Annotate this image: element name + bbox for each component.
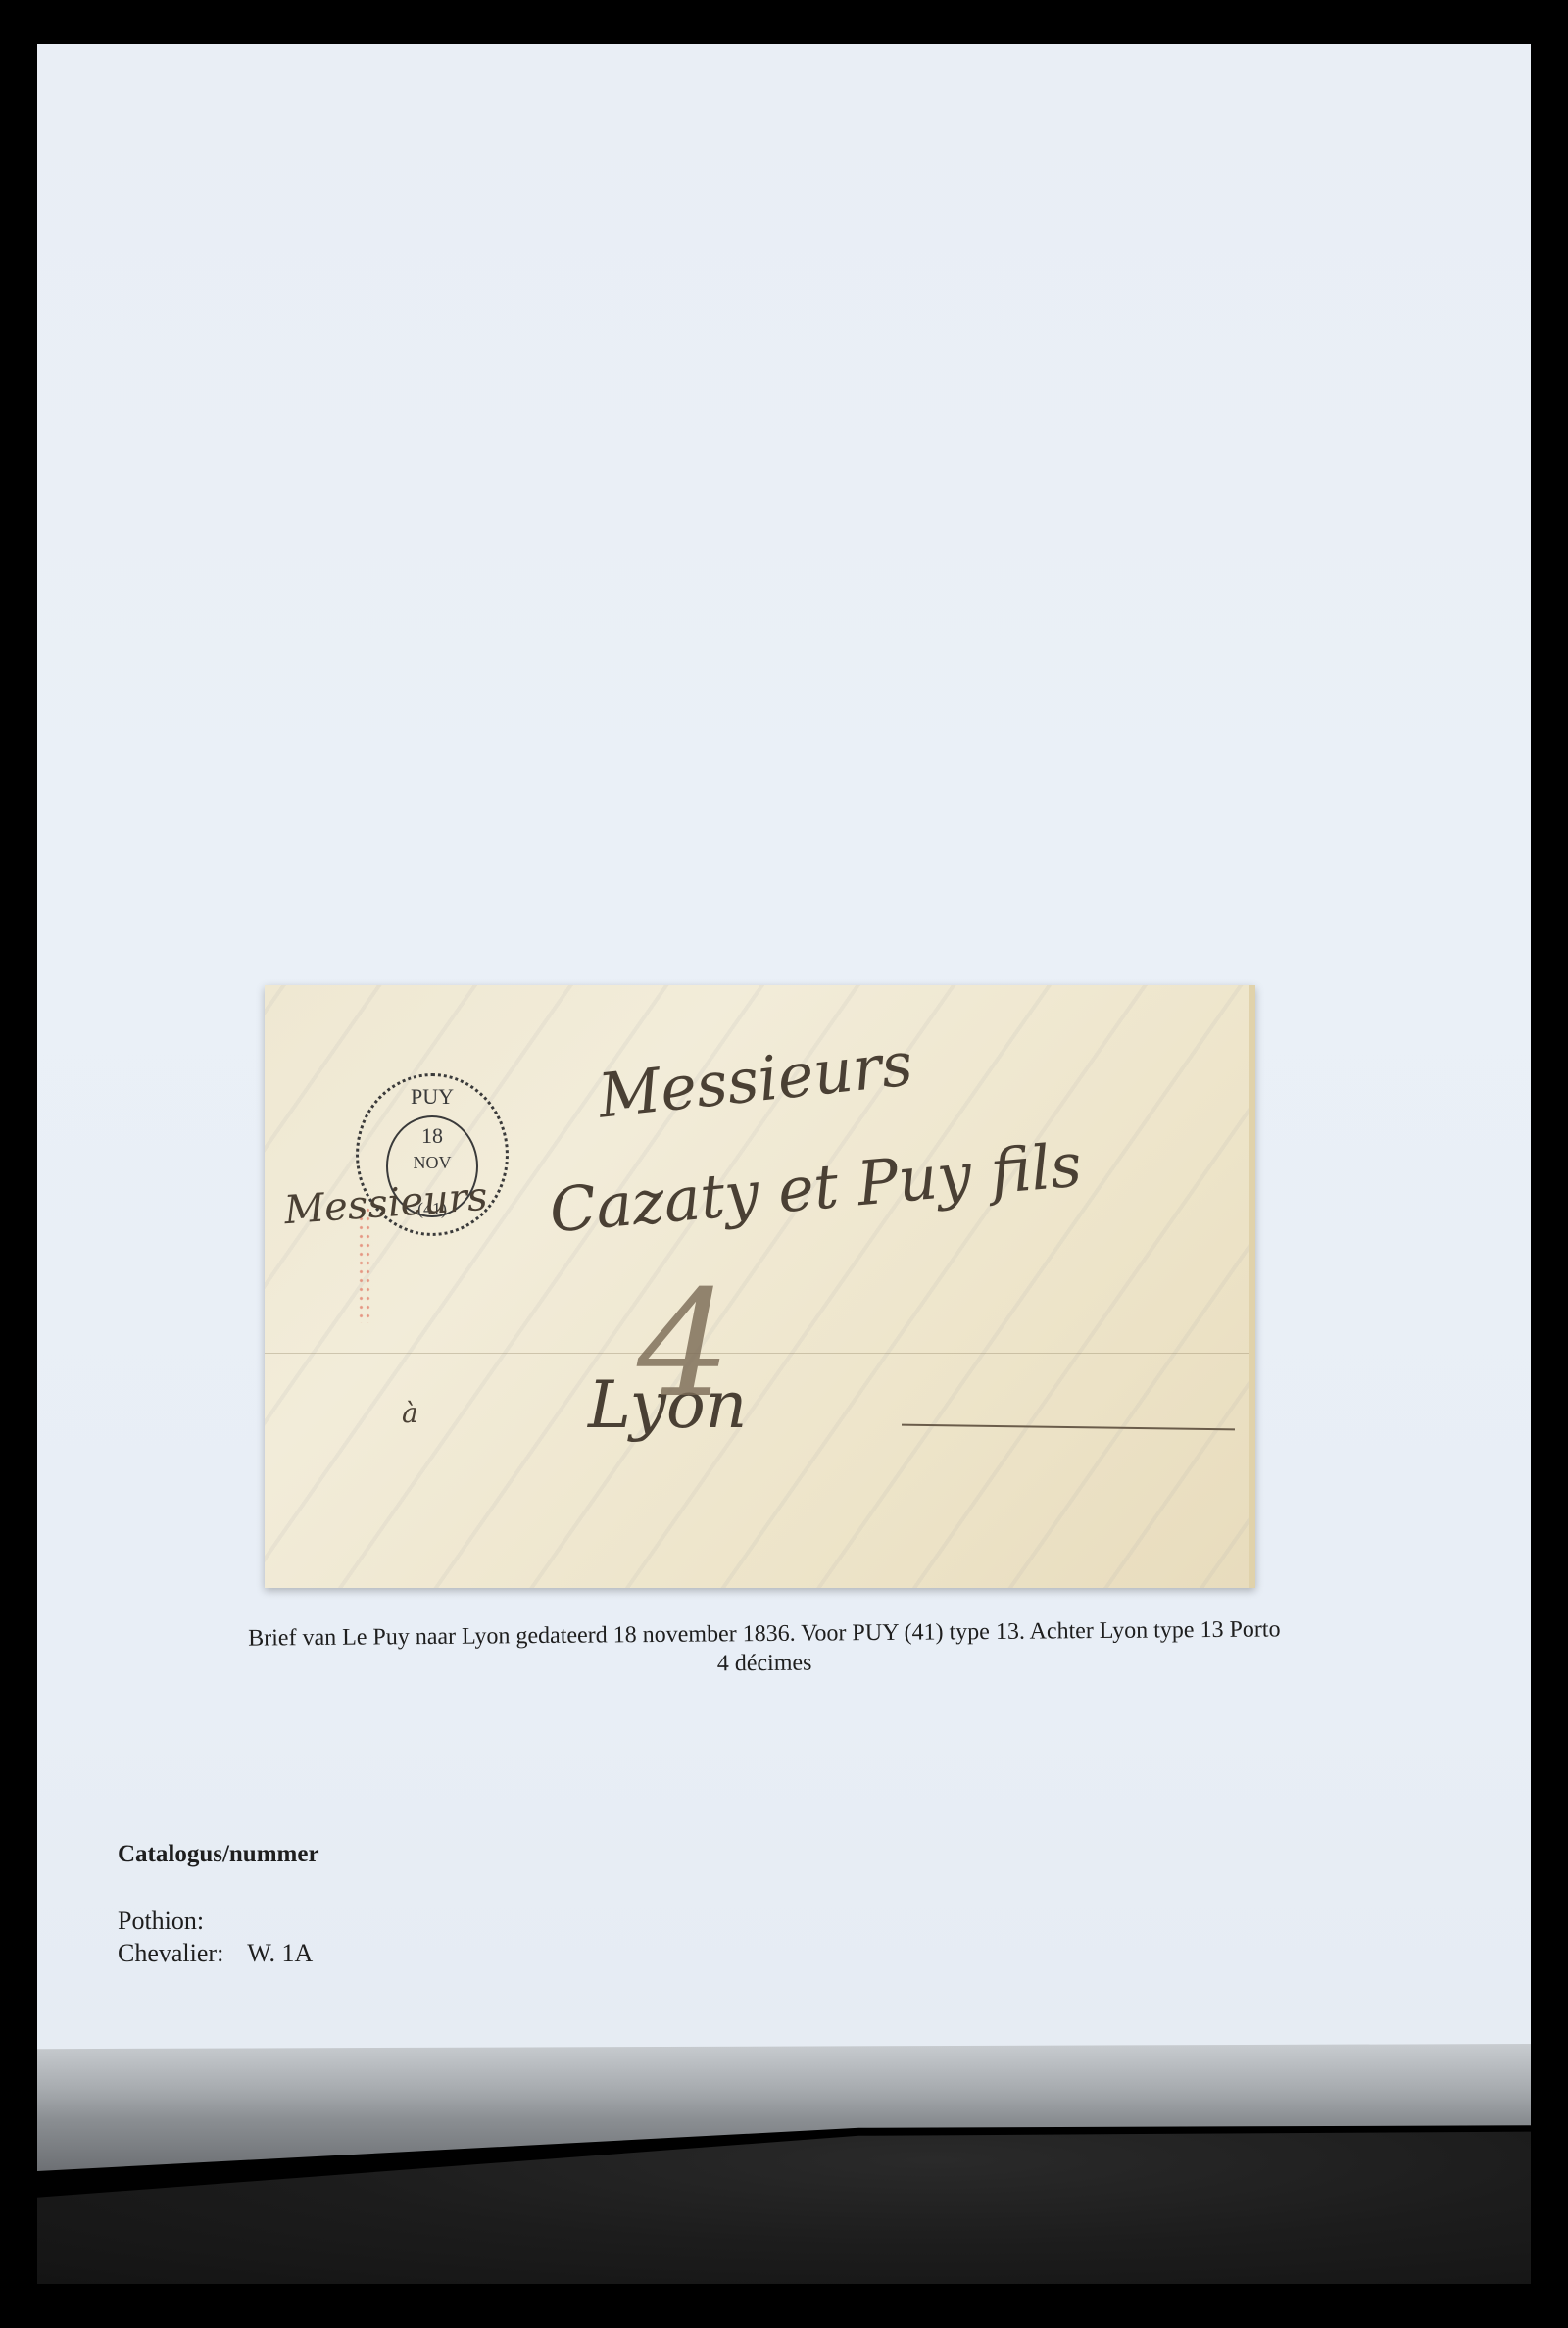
catalogue-label: Chevalier: [118,1939,223,1967]
fold-line [265,1353,1249,1354]
postal-cover: PUY 18 NOV (41) Messieurs Messieurs Caza… [265,985,1255,1588]
catalogue-heading: Catalogus/nummer [118,1841,319,1868]
catalogue-entry-chevalier: Chevalier:W. 1A [118,1939,313,1968]
cover-description: Brief van Le Puy naar Lyon gedateerd 18 … [108,1613,1421,1684]
postmark-month: NOV [359,1153,506,1173]
catalogue-label: Pothion: [118,1907,204,1935]
address-prefix-3: à [402,1397,418,1429]
catalogue-entry-pothion: Pothion: [118,1907,227,1936]
postmark-day: 18 [359,1123,506,1149]
catalogue-value: W. 1A [247,1939,313,1967]
postage-due-mark: 4 [637,1260,730,1430]
postmark-town: PUY [359,1084,506,1110]
